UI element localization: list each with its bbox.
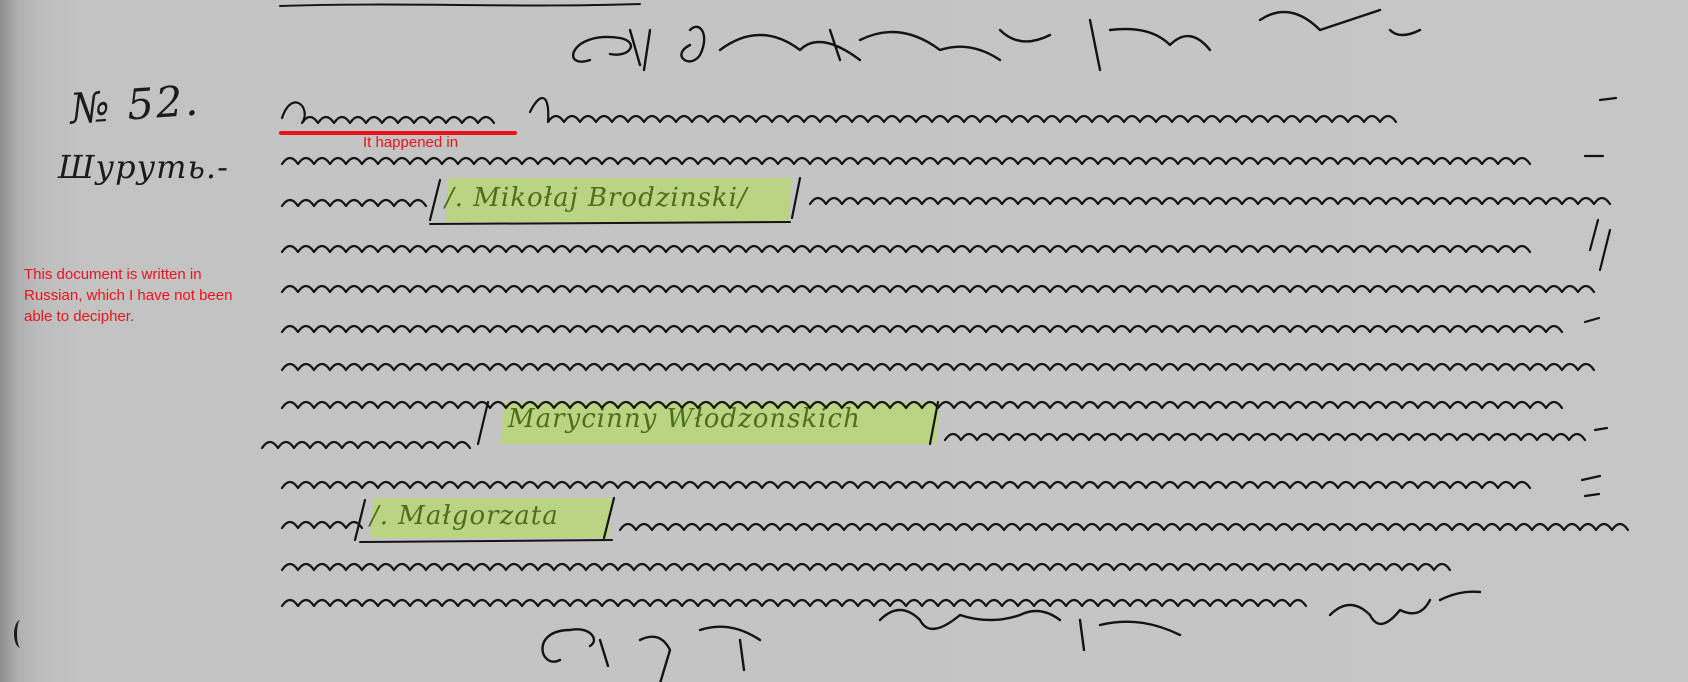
handwritten-text — [0, 0, 1688, 682]
annotation-translation: It happened in — [363, 134, 458, 151]
scanned-document-page: № 52. Шуруть.- /. Mikołaj Brodzinski/ Ma… — [0, 0, 1688, 682]
annotation-note: This document is written in Russian, whi… — [24, 264, 264, 327]
